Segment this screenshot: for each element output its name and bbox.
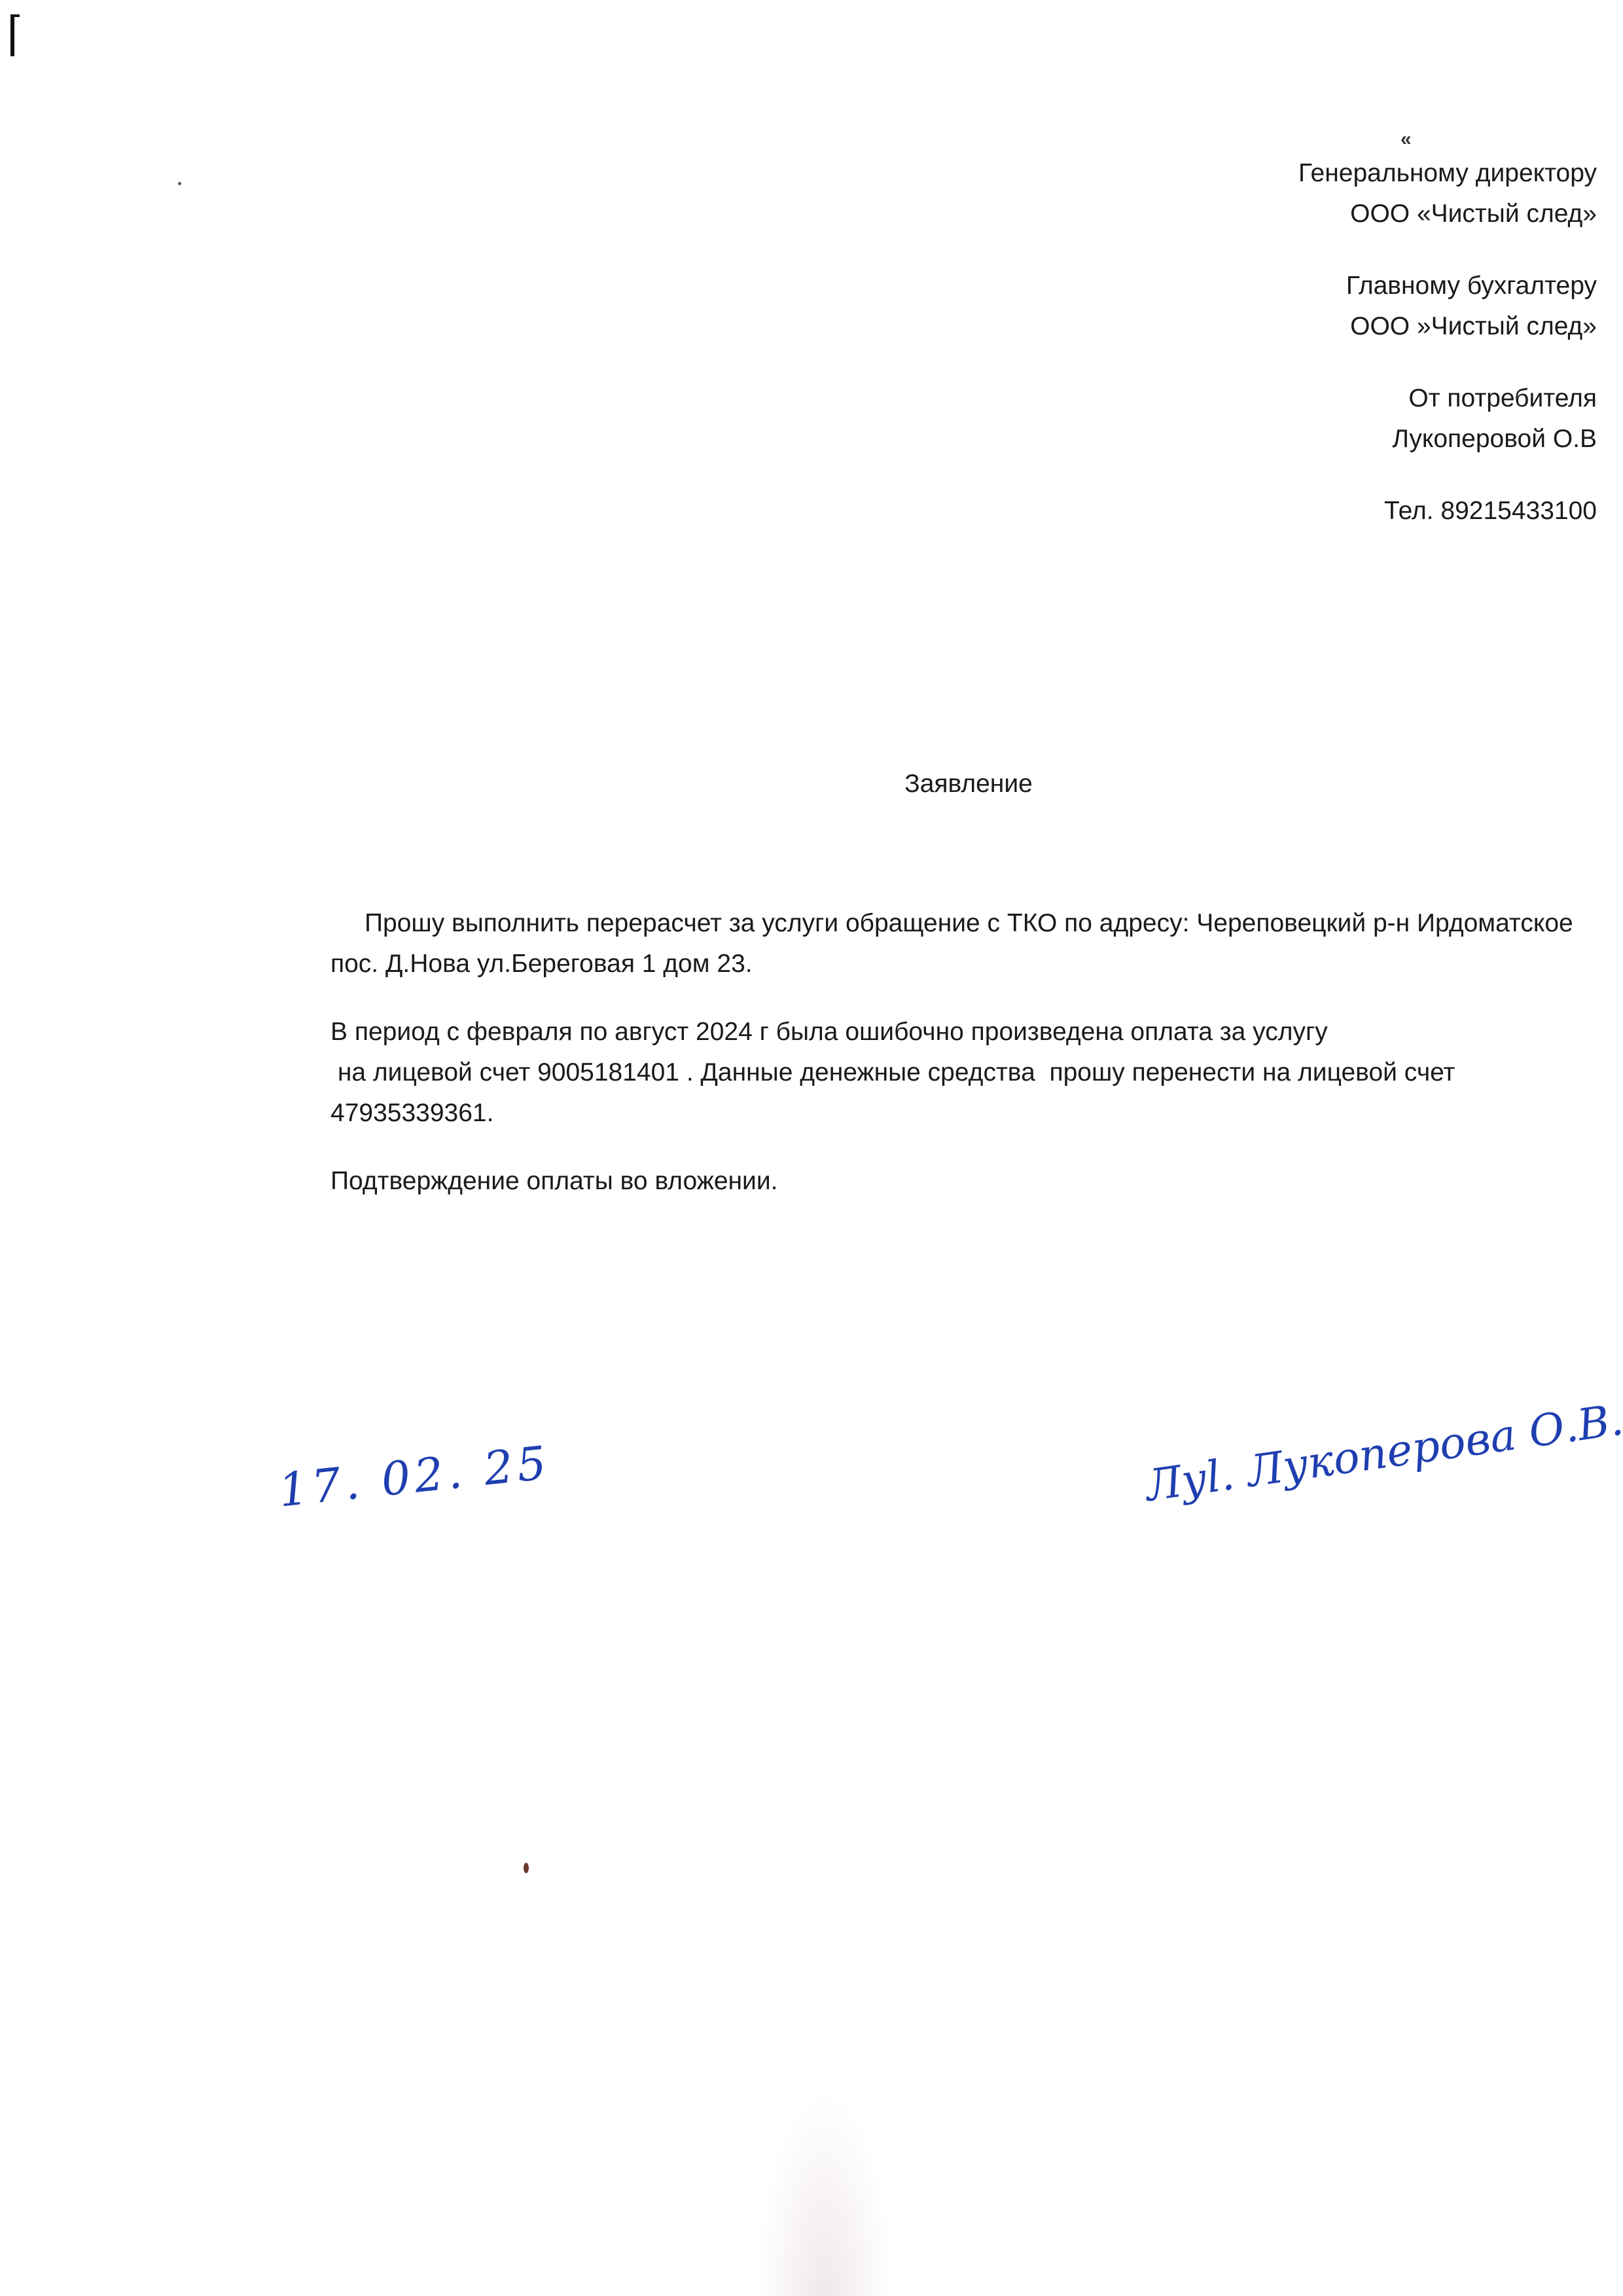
sender-name: Лукоперовой О.В: [1298, 419, 1597, 459]
document-body: Прошу выполнить перерасчет за услуги обр…: [330, 903, 1574, 1229]
addressee-line: Генеральному директору: [1298, 153, 1597, 194]
addressee-line: ООО »Чистый след»: [1298, 306, 1597, 347]
paragraph-payment-details: В период с февраля по август 2024 г была…: [330, 1012, 1574, 1134]
scan-artifact: [687, 1931, 962, 2296]
paragraph-attachment-note: Подтверждение оплаты во вложении.: [330, 1161, 1574, 1202]
sender-info: От потребителя Лукоперовой О.В: [1298, 378, 1597, 459]
scan-corner-mark: [10, 14, 14, 56]
stray-quote-mark: «: [1400, 128, 1412, 151]
sender-line: От потребителя: [1298, 378, 1597, 419]
phone-line: Тел. 89215433100: [1298, 491, 1597, 531]
scan-speck: [524, 1863, 529, 1873]
signature-block: Луl. Лукоперова О.В.: [1067, 1361, 1623, 1492]
addressee-block: Генеральному директору ООО «Чистый след»…: [1298, 153, 1597, 531]
handwritten-date: 17. 02. 25: [276, 1435, 553, 1517]
document-title: Заявление: [0, 770, 1623, 798]
sender-phone: Тел. 89215433100: [1298, 491, 1597, 531]
handwritten-signature: Луl. Лукоперова О.В.: [1143, 1394, 1623, 1511]
addressee-director: Генеральному директору ООО «Чистый след»: [1298, 153, 1597, 234]
scan-speck: [178, 182, 181, 185]
document-page: « Генеральному директору ООО «Чистый сле…: [0, 0, 1623, 2296]
addressee-accountant: Главному бухгалтеру ООО »Чистый след»: [1298, 266, 1597, 347]
addressee-line: ООО «Чистый след»: [1298, 194, 1597, 234]
addressee-line: Главному бухгалтеру: [1298, 266, 1597, 306]
paragraph-request: Прошу выполнить перерасчет за услуги обр…: [330, 903, 1574, 984]
